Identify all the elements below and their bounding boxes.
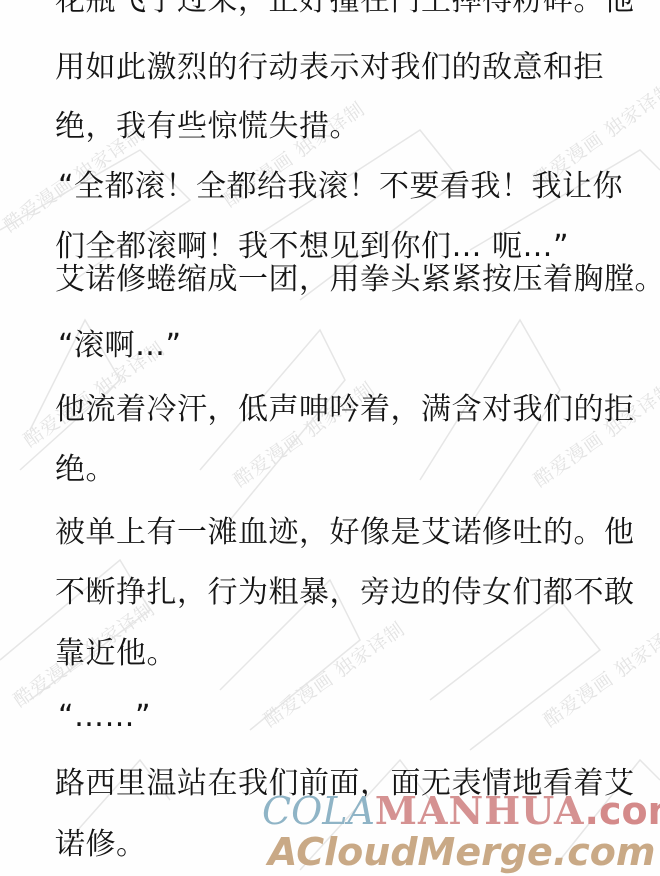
text-line-1: 花瓶飞了过来，正好撞在门上摔得粉碎。他 (55, 0, 635, 18)
text-line-11: 不断挣扎，行为粗暴，旁边的侍女们都不敢 (55, 576, 635, 610)
watermark-manhua: MANHUA (375, 788, 585, 833)
text-line-4: “全都滚！全都给我滚！不要看我！我让你 (58, 170, 623, 204)
text-line-5: 们全都滚啊！我不想见到你们… 呃…” (55, 230, 569, 264)
text-line-15: 诺修。 (55, 828, 147, 862)
text-line-7: “滚啊…” (58, 329, 182, 363)
text-line-2: 用如此激烈的行动表示对我们的敌意和拒 (55, 51, 604, 85)
text-line-9: 绝。 (55, 453, 116, 487)
watermark-cola: COLA (262, 789, 375, 833)
site-watermark-acloudmerge: ACloudMerge.com (268, 830, 655, 874)
watermark-dotcom: .com (585, 789, 660, 833)
text-line-12: 靠近他。 (55, 637, 177, 671)
watermark-text: 酷爱漫画 独家译制 (537, 615, 660, 733)
text-line-10: 被单上有一滩血迹，好像是艾诺修吐的。他 (55, 516, 635, 550)
watermark-text: 酷爱漫画 独家译制 (257, 615, 409, 733)
text-line-13: “……” (58, 700, 151, 734)
text-line-6: 艾诺修蜷缩成一团，用拳头紧紧按压着胸膛。 (55, 263, 660, 297)
text-line-8: 他流着冷汗，低声呻吟着，满含对我们的拒 (55, 393, 635, 427)
text-line-3: 绝，我有些惊慌失措。 (55, 110, 360, 144)
site-watermark-colamanhua: COLAMANHUA.com (262, 788, 660, 833)
novel-page: 酷爱漫画 独家译制 酷爱漫画 独家译制 酷爱漫画 独家译制 酷爱漫画 独家译制 … (0, 0, 660, 876)
